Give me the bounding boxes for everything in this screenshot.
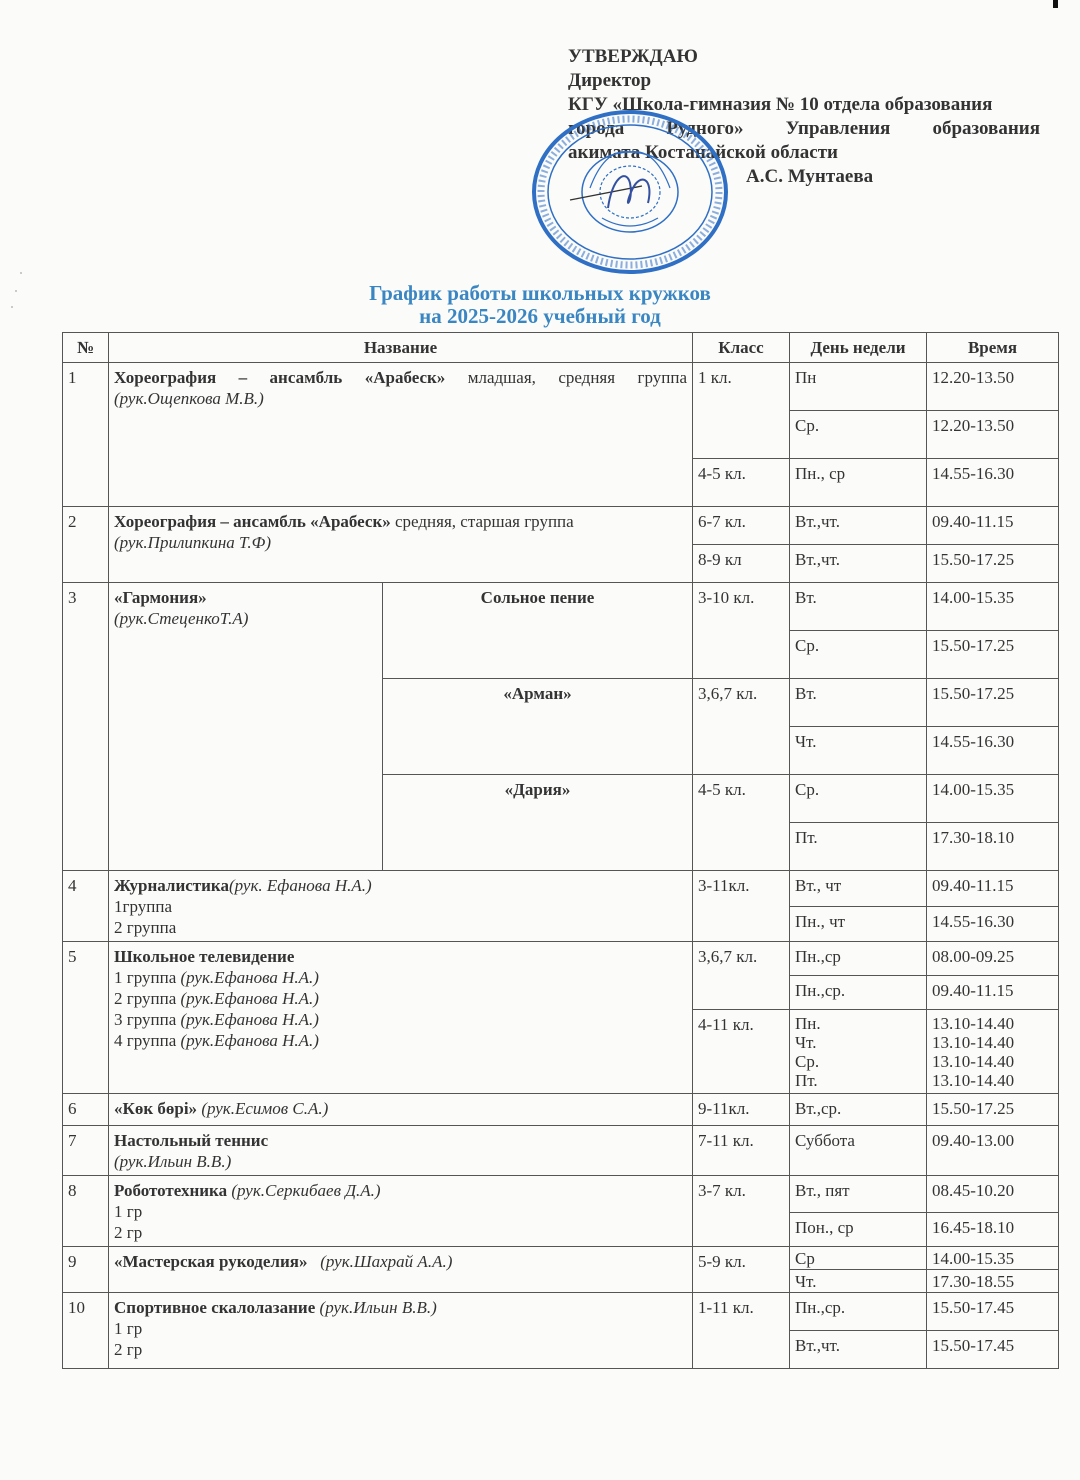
class-cell: 4-11 кл. (693, 1010, 790, 1094)
row-number: 2 (63, 507, 109, 583)
subgroup-name: «Дария» (383, 775, 693, 871)
class-cell: 3-7 кл. (693, 1176, 790, 1247)
class-cell: 4-5 кл. (693, 459, 790, 507)
club-name: Спортивное скалолазание (114, 1298, 315, 1317)
row-number: 10 (63, 1293, 109, 1369)
time-cell: 08.00-09.25 (927, 942, 1059, 976)
club-leader: (рук.Есимов С.А.) (201, 1099, 328, 1118)
day-cell: Чт. (790, 727, 927, 775)
official-seal-stamp-icon (530, 108, 730, 276)
time-cell: 09.40-11.15 (927, 976, 1059, 1010)
time-cell: 09.40-11.15 (927, 507, 1059, 545)
time-cell: 16.45-18.10 (927, 1213, 1059, 1247)
header-day: День недели (790, 333, 927, 363)
subgroup-name: Сольное пение (383, 583, 693, 679)
time-cell: 17.30-18.10 (927, 823, 1059, 871)
schedule-table: № Название Класс День недели Время 1 Хор… (62, 332, 1059, 1369)
class-cell: 3-10 кл. (693, 583, 790, 679)
day-cell: Пн (790, 363, 927, 411)
row-number: 7 (63, 1126, 109, 1176)
title-line-1: График работы школьных кружков (0, 282, 1080, 305)
time-cell: 15.50-17.25 (927, 631, 1059, 679)
row-number: 9 (63, 1247, 109, 1293)
club-name: «Мастерская рукоделия» (114, 1252, 307, 1271)
time-cell: 12.20-13.50 (927, 363, 1059, 411)
time-cell: 15.50-17.25 (927, 1094, 1059, 1126)
time-cell: 17.30-18.55 (927, 1270, 1059, 1293)
day-cell: Пн. Чт. Ср. Пт. (790, 1010, 927, 1094)
club-name-cell: Настольный теннис(рук.Ильин В.В.) (109, 1126, 693, 1176)
day-cell: Пн., ср (790, 459, 927, 507)
subgroup-name: «Арман» (383, 679, 693, 775)
table-row: 4 Журналистика(рук. Ефанова Н.А.)1группа… (63, 871, 1059, 907)
club-name: Журналистика (114, 876, 229, 895)
club-name: «Көк бөрі» (114, 1099, 197, 1118)
class-cell: 3,6,7 кл. (693, 679, 790, 775)
row-number: 3 (63, 583, 109, 871)
table-row: 3 «Гармония»(рук.СтеценкоТ.А) Сольное пе… (63, 583, 1059, 631)
table-row: 9 «Мастерская рукоделия» (рук.Шахрай А.А… (63, 1247, 1059, 1270)
class-cell: 3,6,7 кл. (693, 942, 790, 1010)
table-row: 2 Хореография – ансамбль «Арабеск» средн… (63, 507, 1059, 545)
row-number: 5 (63, 942, 109, 1094)
club-name: Школьное телевидение (114, 947, 294, 966)
table-row: 7 Настольный теннис(рук.Ильин В.В.) 7-11… (63, 1126, 1059, 1176)
club-name-cell: Спортивное скалолазание (рук.Ильин В.В.)… (109, 1293, 693, 1369)
club-name: Робототехника (114, 1181, 227, 1200)
class-cell: 8-9 кл (693, 545, 790, 583)
time-cell: 14.55-16.30 (927, 727, 1059, 775)
day-cell: Суббота (790, 1126, 927, 1176)
document-title: График работы школьных кружков на 2025-2… (0, 282, 1080, 328)
scan-speck (20, 272, 22, 274)
time-cell: 09.40-13.00 (927, 1126, 1059, 1176)
day-cell: Вт.,чт. (790, 1331, 927, 1369)
club-leader: (рук.Прилипкина Т.Ф) (114, 533, 271, 552)
club-leader: (рук.Ильин В.В.) (320, 1298, 437, 1317)
day-cell: Ср. (790, 411, 927, 459)
row-number: 6 (63, 1094, 109, 1126)
class-cell: 3-11кл. (693, 871, 790, 942)
scan-edge-mark (1053, 0, 1058, 8)
day-cell: Вт.,чт. (790, 545, 927, 583)
club-name: Хореография – ансамбль «Арабеск» (114, 512, 391, 531)
club-leader: (рук.Шахрай А.А.) (320, 1252, 452, 1271)
club-name-cell: «Гармония»(рук.СтеценкоТ.А) (109, 583, 383, 871)
day-cell: Вт. (790, 583, 927, 631)
club-leader: (рук.Ильин В.В.) (114, 1152, 231, 1171)
day-cell: Вт.,чт. (790, 507, 927, 545)
class-cell: 1-11 кл. (693, 1293, 790, 1369)
time-cell: 09.40-11.15 (927, 871, 1059, 907)
table-header-row: № Название Класс День недели Время (63, 333, 1059, 363)
time-cell: 15.50-17.25 (927, 679, 1059, 727)
class-cell: 9-11кл. (693, 1094, 790, 1126)
class-cell: 1 кл. (693, 363, 790, 459)
day-cell: Пн.,ср. (790, 1293, 927, 1331)
table-row: 5 Школьное телевидение1 группа (рук.Ефан… (63, 942, 1059, 976)
approval-heading: УТВЕРЖДАЮ (568, 45, 1040, 69)
club-name: Настольный теннис (114, 1131, 268, 1150)
header-number: № (63, 333, 109, 363)
club-name-cell: Хореография – ансамбль «Арабеск» средняя… (109, 507, 693, 583)
day-cell: Пон., ср (790, 1213, 927, 1247)
day-cell: Чт. (790, 1270, 927, 1293)
time-cell: 14.00-15.35 (927, 775, 1059, 823)
table-row: 8 Робототехника (рук.Серкибаев Д.А.)1 гр… (63, 1176, 1059, 1213)
day-cell: Пт. (790, 823, 927, 871)
club-name: Хореография – ансамбль «Арабеск» (114, 368, 445, 387)
club-name-cell: Школьное телевидение1 группа (рук.Ефанов… (109, 942, 693, 1094)
day-cell: Пн., чт (790, 906, 927, 942)
class-cell: 4-5 кл. (693, 775, 790, 871)
club-name-cell: «Көк бөрі» (рук.Есимов С.А.) (109, 1094, 693, 1126)
day-cell: Пн.,ср. (790, 976, 927, 1010)
table-row: 6 «Көк бөрі» (рук.Есимов С.А.) 9-11кл. В… (63, 1094, 1059, 1126)
time-cell: 14.55-16.30 (927, 459, 1059, 507)
club-name-cell: Хореография – ансамбль «Арабеск» младшая… (109, 363, 693, 507)
time-cell: 12.20-13.50 (927, 411, 1059, 459)
time-cell: 15.50-17.45 (927, 1331, 1059, 1369)
time-cell: 08.45-10.20 (927, 1176, 1059, 1213)
day-cell: Ср. (790, 775, 927, 823)
title-line-2: на 2025-2026 учебный год (0, 305, 1080, 328)
day-cell: Вт. (790, 679, 927, 727)
day-cell: Вт.,ср. (790, 1094, 927, 1126)
day-cell: Пн.,ср (790, 942, 927, 976)
club-leader: (рук.СтеценкоТ.А) (114, 609, 248, 628)
row-number: 8 (63, 1176, 109, 1247)
approval-position: Директор (568, 69, 1040, 93)
club-name-cell: «Мастерская рукоделия» (рук.Шахрай А.А.) (109, 1247, 693, 1293)
day-cell: Вт., пят (790, 1176, 927, 1213)
header-class: Класс (693, 333, 790, 363)
time-cell: 14.55-16.30 (927, 906, 1059, 942)
club-leader: (рук. Ефанова Н.А.) (229, 876, 372, 895)
class-cell: 7-11 кл. (693, 1126, 790, 1176)
time-cell: 14.00-15.35 (927, 1247, 1059, 1270)
club-name-cell: Робототехника (рук.Серкибаев Д.А.)1 гр2 … (109, 1176, 693, 1247)
header-time: Время (927, 333, 1059, 363)
time-cell: 13.10-14.40 13.10-14.40 13.10-14.40 13.1… (927, 1010, 1059, 1094)
club-leader: (рук.Ощепкова М.В.) (114, 389, 264, 408)
day-cell: Ср. (790, 631, 927, 679)
table-row: 10 Спортивное скалолазание (рук.Ильин В.… (63, 1293, 1059, 1331)
class-cell: 6-7 кл. (693, 507, 790, 545)
club-name-cell: Журналистика(рук. Ефанова Н.А.)1группа2 … (109, 871, 693, 942)
row-number: 4 (63, 871, 109, 942)
day-cell: Ср (790, 1247, 927, 1270)
club-leader: (рук.Серкибаев Д.А.) (231, 1181, 380, 1200)
day-cell: Вт., чт (790, 871, 927, 907)
header-name: Название (109, 333, 693, 363)
time-cell: 15.50-17.45 (927, 1293, 1059, 1331)
time-cell: 14.00-15.35 (927, 583, 1059, 631)
club-name: «Гармония» (114, 588, 207, 607)
row-number: 1 (63, 363, 109, 507)
time-cell: 15.50-17.25 (927, 545, 1059, 583)
table-row: 1 Хореография – ансамбль «Арабеск» младш… (63, 363, 1059, 411)
class-cell: 5-9 кл. (693, 1247, 790, 1293)
